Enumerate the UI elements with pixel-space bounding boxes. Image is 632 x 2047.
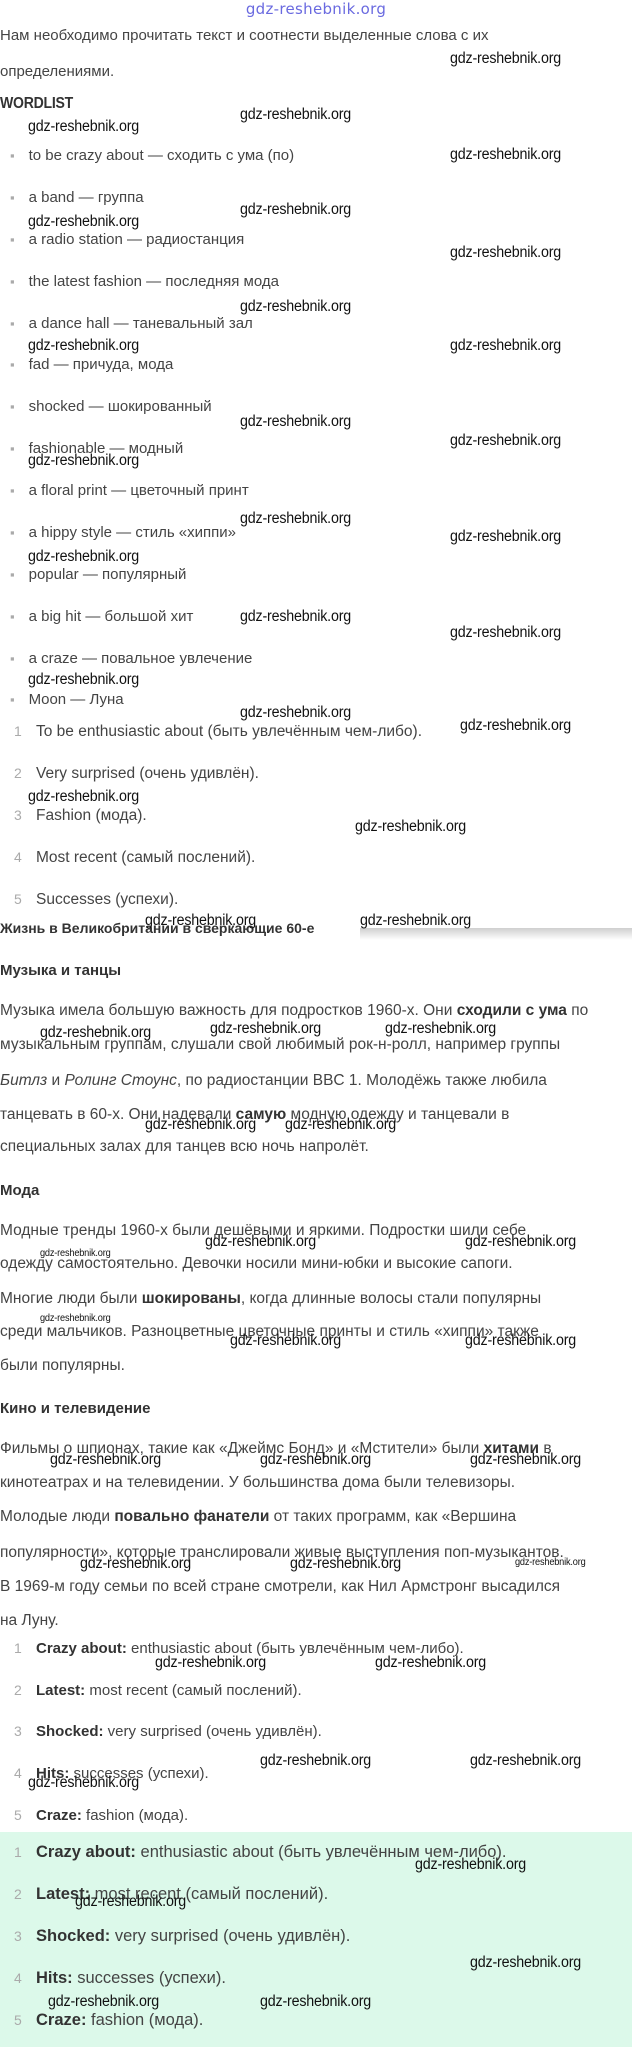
watermark-text: gdz-reshebnik.org	[290, 1555, 401, 1573]
watermark-text: gdz-reshebnik.org	[465, 1332, 576, 1350]
text: по	[567, 1002, 588, 1019]
watermark-text: gdz-reshebnik.org	[28, 548, 139, 566]
watermark-text: gdz-reshebnik.org	[48, 1993, 159, 2011]
item-number: 3	[14, 1928, 36, 1944]
definition-item: 1To be enthusiastic about (быть увлечённ…	[14, 723, 422, 741]
item-number: 5	[14, 1807, 36, 1823]
watermark-text: gdz-reshebnik.org	[205, 1233, 316, 1251]
watermark-text: gdz-reshebnik.org	[28, 671, 139, 689]
watermark-text: gdz-reshebnik.org	[28, 213, 139, 231]
item-number: 2	[14, 1682, 36, 1698]
text: Многие люди были	[0, 1290, 142, 1307]
highlighted-word: шокированы	[142, 1290, 241, 1307]
site-watermark-link[interactable]: gdz-reshebnik.org	[0, 0, 632, 18]
watermark-text: gdz-reshebnik.org	[450, 528, 561, 546]
bullet-icon: ▪	[10, 190, 15, 205]
answer-term: Hits:	[36, 1969, 73, 1987]
watermark-text: gdz-reshebnik.org	[450, 432, 561, 450]
answer-definition: successes (успехи).	[73, 1969, 226, 1987]
wordlist-item: ▪the latest fashion — последняя мода	[10, 273, 279, 290]
answer-term: Craze:	[36, 2011, 86, 2029]
text: Музыка имела большую важность для подрос…	[0, 1002, 457, 1019]
intro-line-1: Нам необходимо прочитать текст и соотнес…	[0, 27, 488, 44]
paragraph-line: Музыка имела большую важность для подрос…	[0, 1002, 588, 1020]
item-number: 3	[14, 807, 36, 823]
bullet-icon: ▪	[10, 483, 15, 498]
item-number: 4	[14, 849, 36, 865]
paragraph-line: Многие люди были шокированы, когда длинн…	[0, 1290, 541, 1308]
watermark-text: gdz-reshebnik.org	[240, 510, 351, 528]
bullet-icon: ▪	[10, 316, 15, 331]
highlighted-word: повально фанатели	[114, 1508, 269, 1525]
paragraph-line: В 1969-м году семьи по всей стране смотр…	[0, 1578, 560, 1596]
section-heading: Мода	[0, 1182, 39, 1199]
wordlist-item: ▪a craze — повальное увлечение	[10, 650, 252, 667]
bullet-icon: ▪	[10, 399, 15, 414]
wordlist-item: ▪popular — популярный	[10, 566, 186, 583]
watermark-text: gdz-reshebnik.org	[145, 912, 256, 930]
definition-text: To be enthusiastic about (быть увлечённы…	[36, 723, 422, 740]
answer-item: 4Hits: successes (успехи).	[14, 1969, 226, 1988]
definition-text: Fashion (мода).	[36, 807, 147, 824]
band-name: Ролинг Стоунс	[65, 1072, 177, 1089]
band-name: Битлз	[0, 1072, 47, 1089]
text: специальных залах для танцев всю ночь на…	[0, 1138, 369, 1155]
definition-text: Very surprised (очень удивлён).	[36, 765, 259, 782]
answer-term: Craze:	[36, 1807, 82, 1824]
text: В 1969-м году семьи по всей стране смотр…	[0, 1578, 560, 1595]
wordlist-title: WORDLIST	[0, 95, 73, 113]
item-number: 1	[14, 1844, 36, 1860]
wordlist-item-text: popular — популярный	[29, 566, 187, 583]
text: и	[47, 1072, 64, 1089]
wordlist-item-text: fad — причуда, мода	[29, 356, 174, 373]
item-number: 2	[14, 765, 36, 781]
answer-definition: very surprised (очень удивлён).	[104, 1723, 322, 1740]
text: , по радиостанции BBC 1. Молодёжь также …	[177, 1072, 547, 1089]
definition-text: Successes (успехи).	[36, 891, 178, 908]
watermark-text: gdz-reshebnik.org	[28, 337, 139, 355]
watermark-text: gdz-reshebnik.org	[470, 1451, 581, 1469]
watermark-text: gdz-reshebnik.org	[230, 1332, 341, 1350]
answer-item: 5Craze: fashion (мода).	[14, 2011, 203, 2030]
watermark-text: gdz-reshebnik.org	[355, 818, 466, 836]
answer-term: Latest:	[36, 1682, 85, 1699]
watermark-text: gdz-reshebnik.org	[260, 1451, 371, 1469]
watermark-text: gdz-reshebnik.org	[240, 608, 351, 626]
wordlist-item: ▪a hippy style — стиль «хиппи»	[10, 524, 236, 541]
answer-item: 5Craze: fashion (мода).	[14, 1807, 188, 1824]
watermark-text: gdz-reshebnik.org	[40, 1024, 151, 1042]
watermark-text: gdz-reshebnik.org	[460, 717, 571, 735]
bullet-icon: ▪	[10, 441, 15, 456]
watermark-text: gdz-reshebnik.org	[450, 50, 561, 68]
item-number: 3	[14, 1723, 36, 1739]
watermark-text: gdz-reshebnik.org	[240, 704, 351, 722]
answer-term: Crazy about:	[36, 1640, 127, 1657]
watermark-text: gdz-reshebnik.org	[240, 106, 351, 124]
section-heading: Кино и телевидение	[0, 1400, 150, 1417]
definition-item: 4Most recent (самый послений).	[14, 849, 255, 867]
answer-item: 3Shocked: very surprised (очень удивлён)…	[14, 1927, 350, 1946]
text: от таких программ, как «Вершина	[269, 1508, 516, 1525]
wordlist-item-text: a radio station — радиостанция	[29, 231, 245, 248]
watermark-text: gdz-reshebnik.org	[260, 1993, 371, 2011]
answer-term: Shocked:	[36, 1927, 110, 1945]
intro-line-2: определениями.	[0, 63, 114, 80]
bullet-icon: ▪	[10, 357, 15, 372]
watermark-text: gdz-reshebnik.org	[28, 118, 139, 136]
bullet-icon: ▪	[10, 274, 15, 289]
watermark-text: gdz-reshebnik.org	[240, 201, 351, 219]
wordlist-item: ▪a radio station — радиостанция	[10, 231, 244, 248]
watermark-text: gdz-reshebnik.org	[450, 146, 561, 164]
wordlist-item-text: a hippy style — стиль «хиппи»	[29, 524, 236, 541]
watermark-text: gdz-reshebnik.org	[450, 337, 561, 355]
watermark-text: gdz-reshebnik.org	[240, 413, 351, 431]
answer-definition: fashion (мода).	[86, 2011, 203, 2029]
watermark-text: gdz-reshebnik.org	[28, 452, 139, 470]
watermark-text: gdz-reshebnik.org	[360, 912, 471, 930]
watermark-text: gdz-reshebnik.org	[515, 1557, 586, 1568]
answer-definition: most recent (самый послений).	[85, 1682, 301, 1699]
text: Молодые люди	[0, 1508, 114, 1525]
definition-text: Most recent (самый послений).	[36, 849, 255, 866]
wordlist-item-text: a floral print — цветочный принт	[29, 482, 249, 499]
paragraph-line: на Луну.	[0, 1612, 59, 1630]
answer-term: Shocked:	[36, 1723, 104, 1740]
watermark-text: gdz-reshebnik.org	[50, 1451, 161, 1469]
watermark-text: gdz-reshebnik.org	[465, 1233, 576, 1251]
definition-item: 3Fashion (мода).	[14, 807, 147, 825]
watermark-text: gdz-reshebnik.org	[470, 1752, 581, 1770]
bullet-icon: ▪	[10, 651, 15, 666]
text: кинотеатрах и на телевидении. У большинс…	[0, 1474, 515, 1491]
wordlist-item-text: a dance hall — таневальный зал	[29, 315, 253, 332]
wordlist-item-text: shocked — шокированный	[29, 398, 212, 415]
watermark-text: gdz-reshebnik.org	[28, 788, 139, 806]
watermark-text: gdz-reshebnik.org	[28, 1774, 139, 1792]
item-number: 2	[14, 1886, 36, 1902]
wordlist-item: ▪a dance hall — таневальный зал	[10, 315, 253, 332]
watermark-text: gdz-reshebnik.org	[260, 1752, 371, 1770]
paragraph-line: Молодые люди повально фанатели от таких …	[0, 1508, 516, 1526]
item-number: 5	[14, 2012, 36, 2028]
answer-definition: very surprised (очень удивлён).	[110, 1927, 350, 1945]
bullet-icon: ▪	[10, 567, 15, 582]
answer-term: Crazy about:	[36, 1843, 136, 1861]
bullet-icon: ▪	[10, 609, 15, 624]
paragraph-line: кинотеатрах и на телевидении. У большинс…	[0, 1474, 515, 1492]
watermark-text: gdz-reshebnik.org	[375, 1654, 486, 1672]
paragraph-line: были популярны.	[0, 1357, 125, 1375]
wordlist-item-text: to be crazy about — сходить с ума (по)	[29, 147, 295, 164]
watermark-text: gdz-reshebnik.org	[155, 1654, 266, 1672]
wordlist-item: ▪a big hit — большой хит	[10, 608, 193, 625]
wordlist-item-text: a band — группа	[29, 189, 144, 206]
item-number: 5	[14, 891, 36, 907]
watermark-text: gdz-reshebnik.org	[145, 1116, 256, 1134]
wordlist-item: ▪Moon — Луна	[10, 691, 124, 708]
answer-item: 3Shocked: very surprised (очень удивлён)…	[14, 1723, 322, 1740]
answer-definition: fashion (мода).	[82, 1807, 188, 1824]
text: на Луну.	[0, 1612, 59, 1629]
watermark-text: gdz-reshebnik.org	[80, 1555, 191, 1573]
paragraph-line: Битлз и Ролинг Стоунс, по радиостанции B…	[0, 1072, 547, 1090]
watermark-text: gdz-reshebnik.org	[470, 1954, 581, 1972]
wordlist-item-text: the latest fashion — последняя мода	[29, 273, 279, 290]
watermark-text: gdz-reshebnik.org	[285, 1116, 396, 1134]
watermark-text: gdz-reshebnik.org	[75, 1893, 186, 1911]
watermark-text: gdz-reshebnik.org	[450, 624, 561, 642]
definition-item: 2Very surprised (очень удивлён).	[14, 765, 259, 783]
bullet-icon: ▪	[10, 148, 15, 163]
section-heading: Музыка и танцы	[0, 962, 121, 979]
watermark-text: gdz-reshebnik.org	[450, 244, 561, 262]
wordlist-item-text: Moon — Луна	[29, 691, 124, 708]
definition-item: 5Successes (успехи).	[14, 891, 178, 909]
wordlist-item: ▪a floral print — цветочный принт	[10, 482, 249, 499]
item-number: 1	[14, 723, 36, 739]
highlighted-word: сходили с ума	[457, 1002, 567, 1019]
item-number: 4	[14, 1970, 36, 1986]
watermark-text: gdz-reshebnik.org	[240, 298, 351, 316]
wordlist-item: ▪to be crazy about — сходить с ума (по)	[10, 147, 294, 164]
watermark-text: gdz-reshebnik.org	[40, 1313, 111, 1324]
watermark-text: gdz-reshebnik.org	[415, 1856, 526, 1874]
wordlist-item-text: a craze — повальное увлечение	[29, 650, 253, 667]
wordlist-item-text: a big hit — большой хит	[29, 608, 194, 625]
bullet-icon: ▪	[10, 525, 15, 540]
bullet-icon: ▪	[10, 232, 15, 247]
item-number: 1	[14, 1640, 36, 1656]
bullet-icon: ▪	[10, 692, 15, 707]
watermark-text: gdz-reshebnik.org	[40, 1248, 111, 1259]
paragraph-line: специальных залах для танцев всю ночь на…	[0, 1138, 369, 1156]
answer-item: 2Latest: most recent (самый послений).	[14, 1682, 302, 1699]
wordlist-item: ▪a band — группа	[10, 189, 144, 206]
text: были популярны.	[0, 1357, 125, 1374]
wordlist-item: ▪shocked — шокированный	[10, 398, 212, 415]
watermark-text: gdz-reshebnik.org	[210, 1020, 321, 1038]
text: , когда длинные волосы стали популярны	[241, 1290, 541, 1307]
watermark-text: gdz-reshebnik.org	[385, 1020, 496, 1038]
wordlist-item: ▪fad — причуда, мода	[10, 356, 173, 373]
